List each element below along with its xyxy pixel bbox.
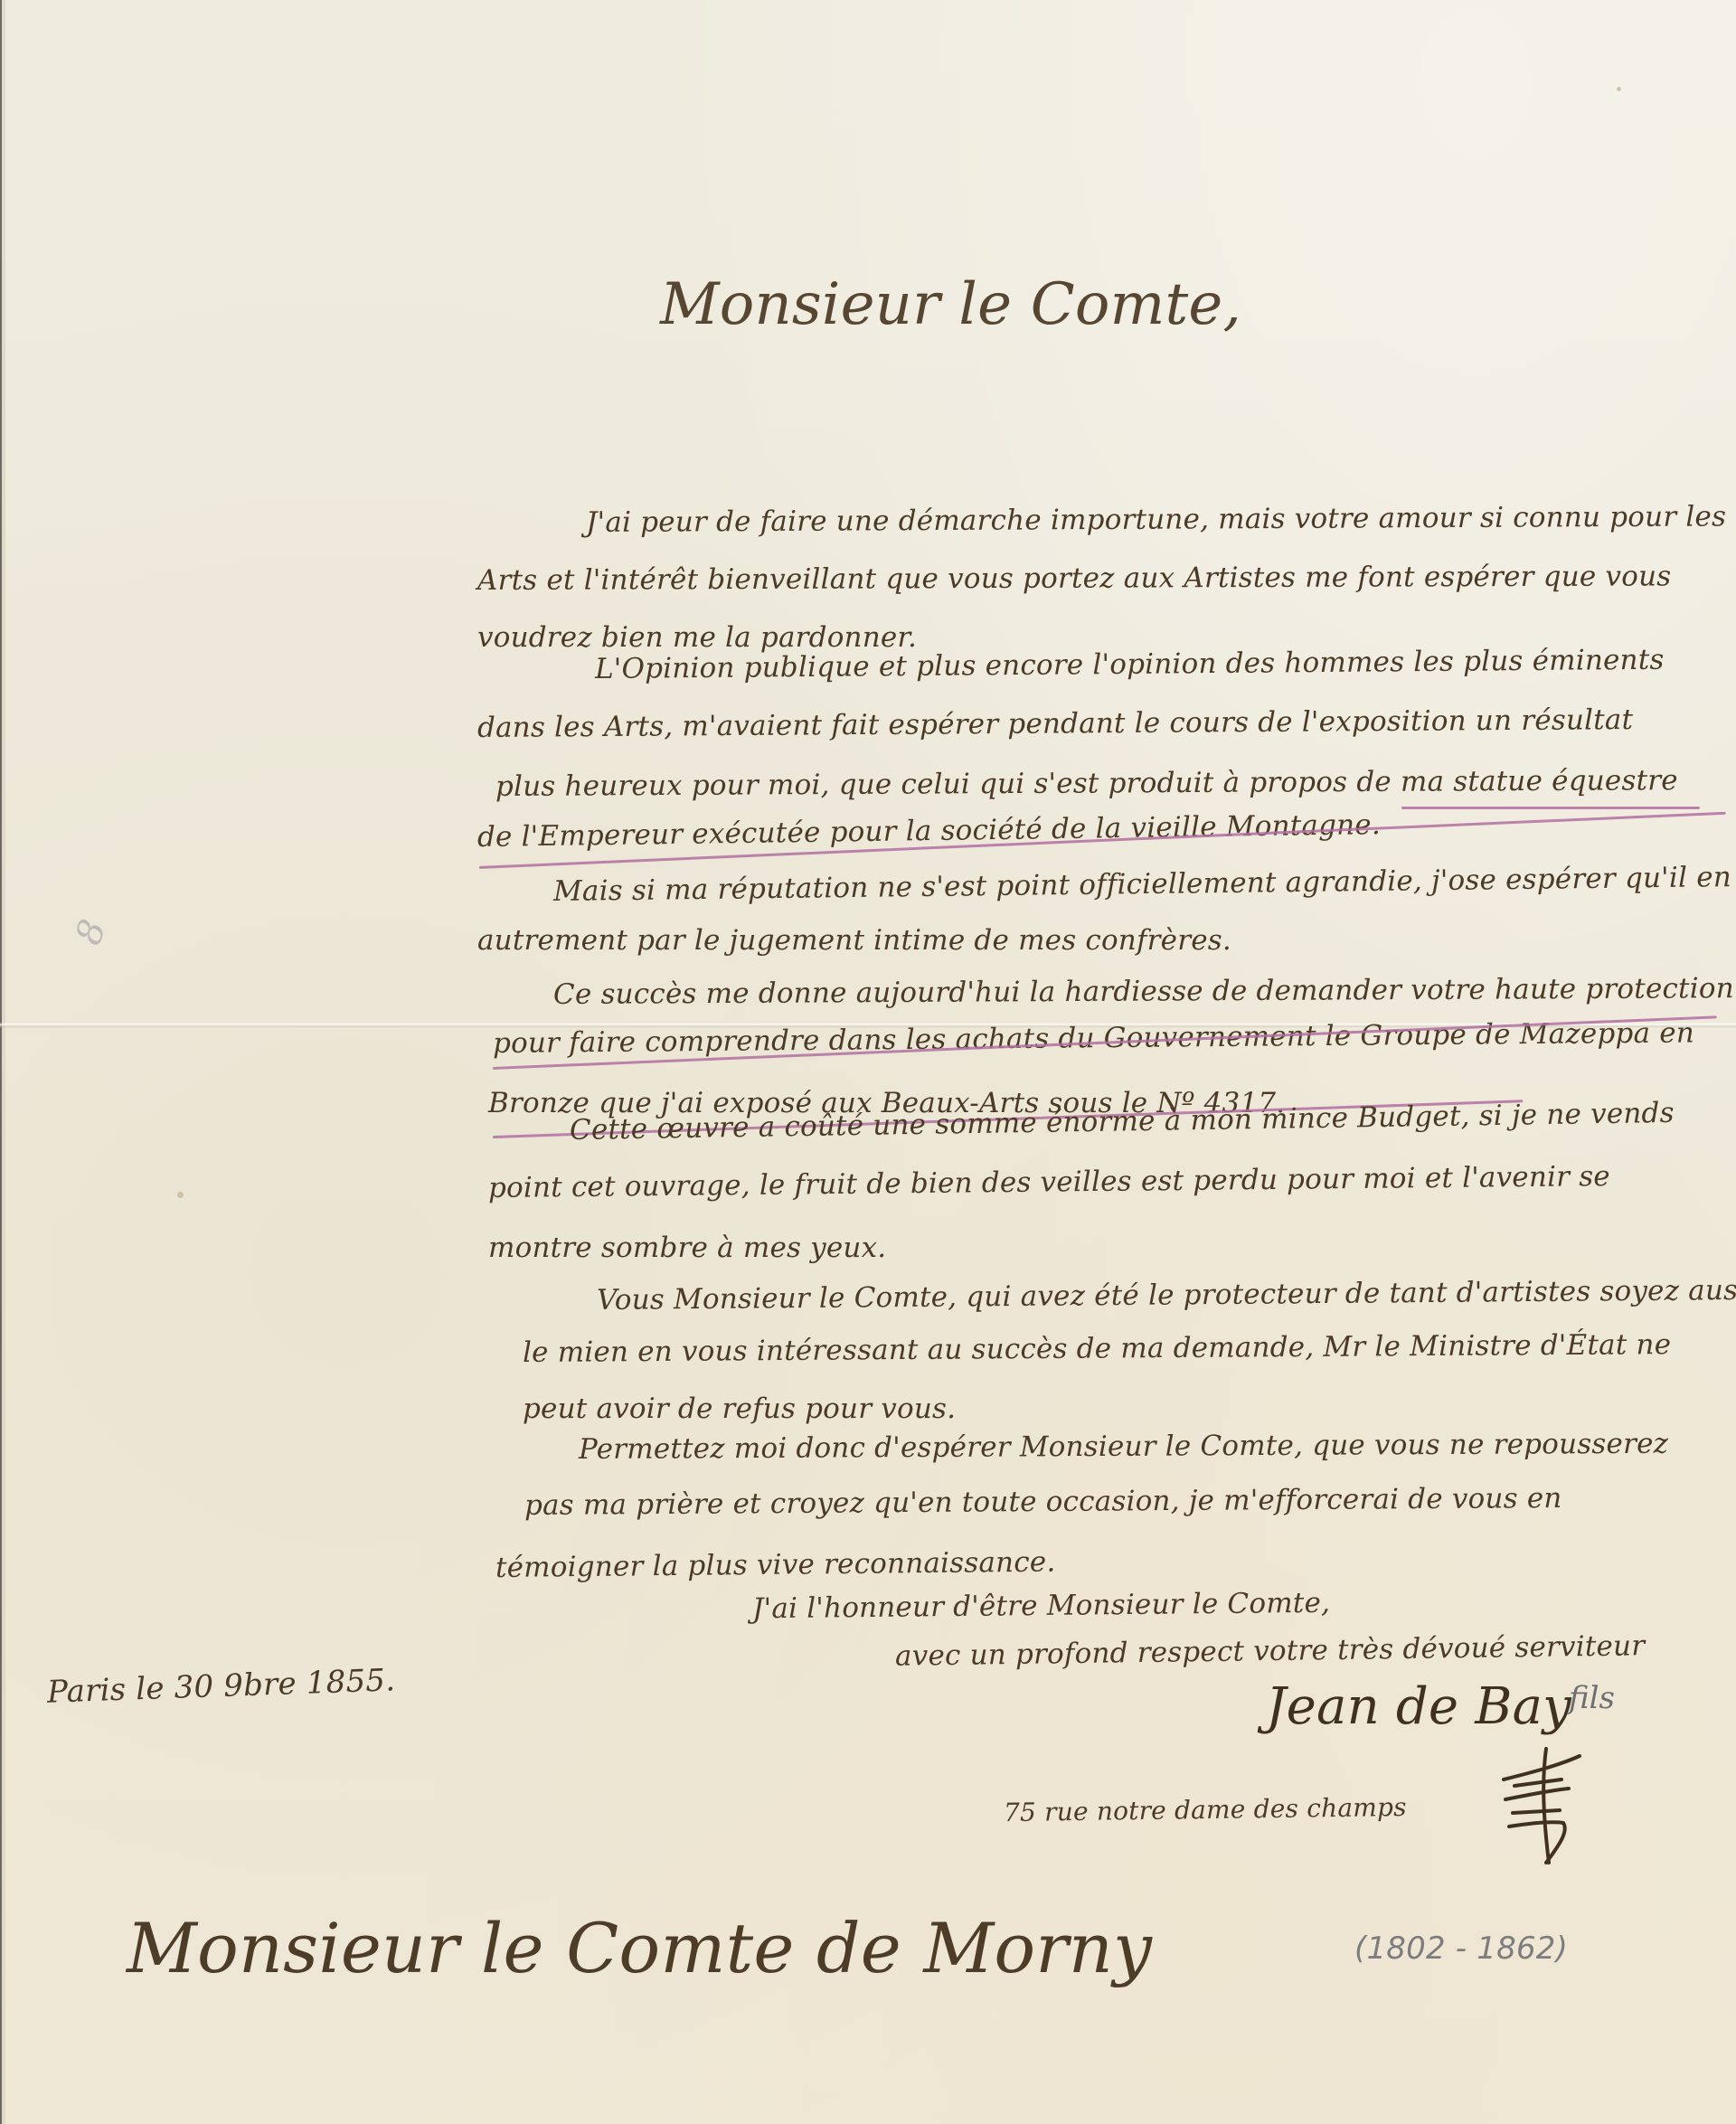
- letter-line: Mais si ma réputation ne s'est point off…: [553, 860, 1736, 908]
- closing-line: avec un profond respect votre très dévou…: [895, 1629, 1646, 1673]
- dateline: Paris le 30 9bre 1855.: [46, 1662, 395, 1710]
- paper-spot: [1617, 87, 1621, 91]
- letter-line: dans les Arts, m'avaient fait espérer pe…: [477, 703, 1633, 744]
- letter-line: Arts et l'intérêt bienveillant que vous …: [477, 560, 1671, 597]
- letter-line: J'ai peur de faire une démarche importun…: [586, 500, 1726, 539]
- letter-line: Permettez moi donc d'espérer Monsieur le…: [579, 1428, 1668, 1466]
- letter-line: plus heureux pour moi, que celui qui s'e…: [495, 764, 1678, 803]
- letter-line: Vous Monsieur le Comte, qui avez été le …: [597, 1274, 1736, 1317]
- signature-paraph-icon: [1496, 1745, 1582, 1867]
- letter-line: point cet ouvrage, le fruit de bien des …: [488, 1160, 1610, 1204]
- sender-address: 75 rue notre dame des champs: [1004, 1792, 1407, 1827]
- letter-line: autrement par le jugement intime de mes …: [477, 924, 1231, 957]
- signature-note-pencil: fils: [1569, 1680, 1615, 1716]
- letter-line: Ce succès me donne aujourd'hui la hardie…: [553, 972, 1734, 1011]
- letter-line: voudrez bien me la pardonner.: [477, 621, 917, 654]
- signature: Jean de Bay: [1266, 1677, 1571, 1736]
- letter-line: témoigner la plus vive reconnaissance.: [495, 1546, 1056, 1584]
- salutation: Monsieur le Comte,: [660, 271, 1241, 338]
- paper-edge: [0, 0, 5, 2124]
- addressee: Monsieur le Comte de Morny: [127, 1908, 1152, 1988]
- letter-page: 8 Monsieur le Comte, J'ai peur de faire …: [0, 0, 1736, 2124]
- margin-pencil-mark: 8: [68, 914, 115, 950]
- addressee-dates-pencil: (1802 - 1862): [1354, 1930, 1568, 1967]
- letter-line: peut avoir de refus pour vous.: [523, 1392, 956, 1425]
- letter-line: montre sombre à mes yeux.: [488, 1232, 886, 1264]
- underline-statue: [1401, 807, 1700, 809]
- letter-line: pas ma prière et croyez qu'en toute occa…: [524, 1482, 1562, 1522]
- paper-spot: [177, 1192, 184, 1198]
- letter-line: le mien en vous intéressant au succès de…: [523, 1328, 1671, 1369]
- closing-line: J'ai l'honneur d'être Monsieur le Comte,: [752, 1587, 1330, 1626]
